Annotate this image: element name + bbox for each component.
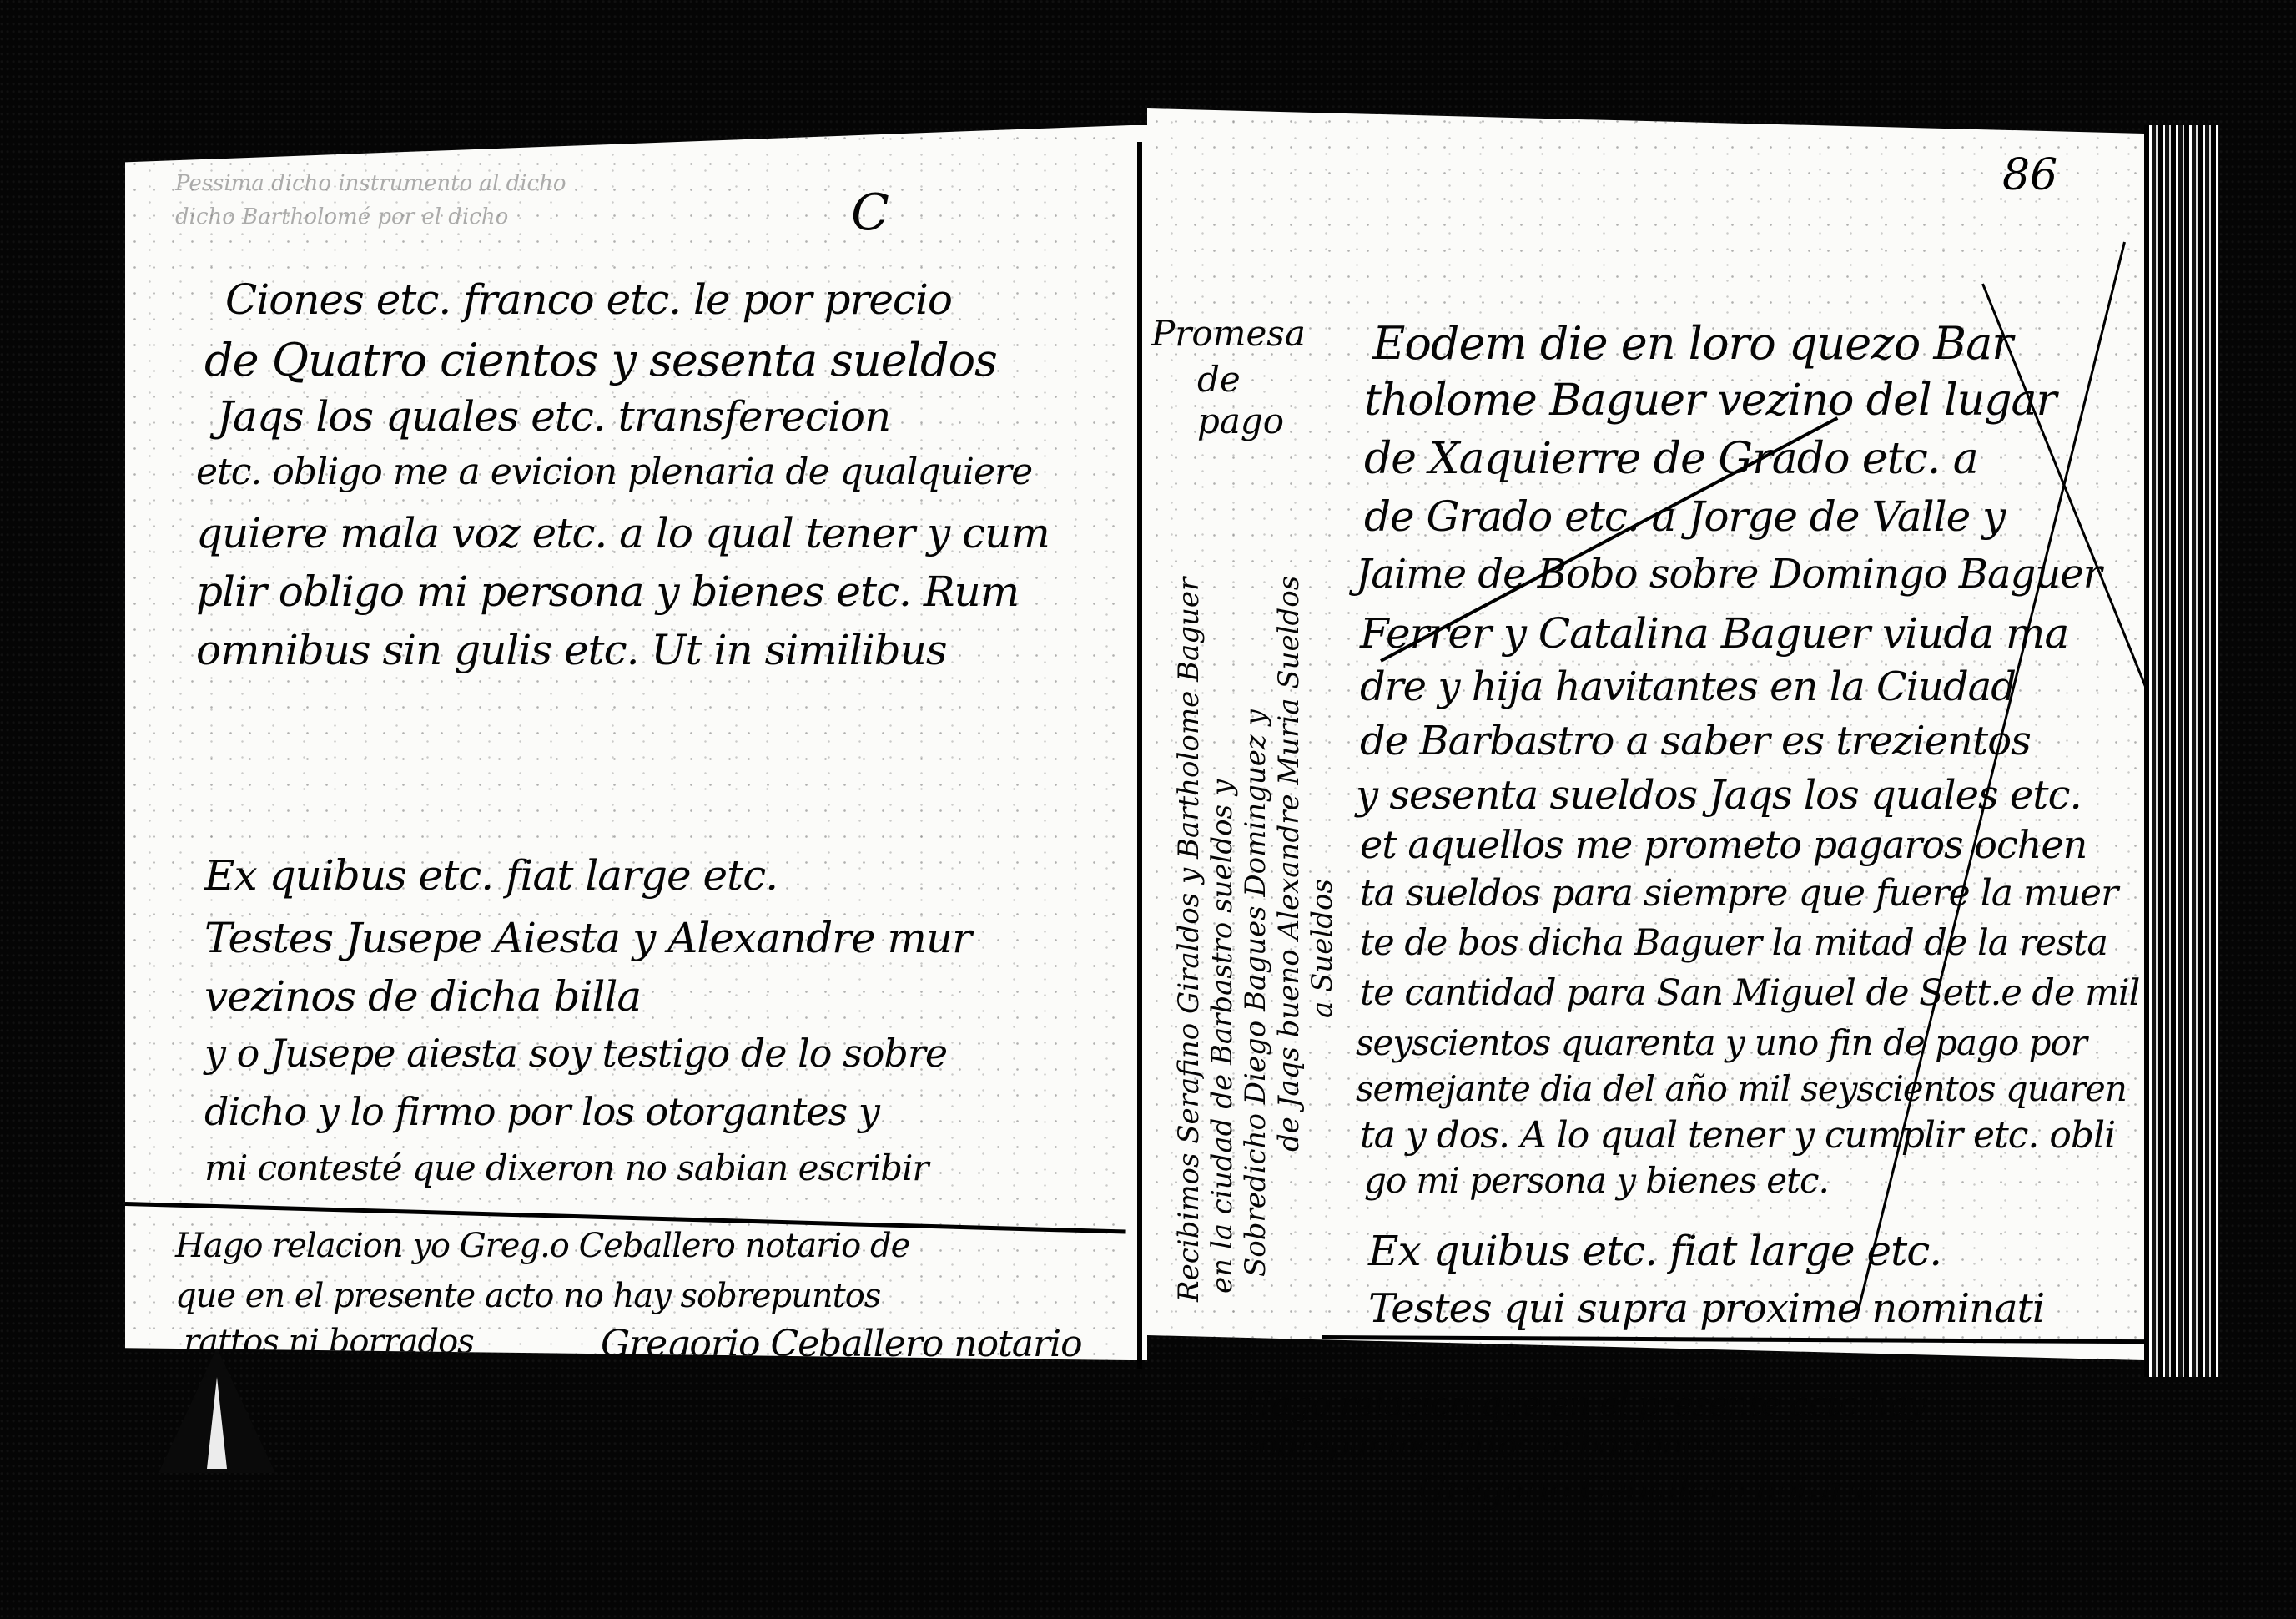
right-witness-line-1: Ex quibus etc. fiat large etc. xyxy=(1368,1227,1941,1275)
right-text-line-14: seyscientos quarenta y uno fin de pago p… xyxy=(1356,1022,2087,1063)
left-header-mark: C xyxy=(851,184,889,242)
right-text-line-3: de Xaquierre de Grado etc. a xyxy=(1364,434,1978,484)
left-witness-line-6: mi contesté que dixeron no sabian escrib… xyxy=(204,1147,928,1188)
right-separator-rule xyxy=(1322,1335,2144,1344)
left-text-line-3: Jaqs los quales etc. transferecion xyxy=(217,392,890,441)
left-notary-line-2: que en el presente acto no hay sobrepunt… xyxy=(175,1277,880,1315)
right-page: 86 Recibimos Serafino Giraldos y Barthol… xyxy=(1147,108,2144,1360)
right-text-line-11: ta sueldos para siempre que fuere la mue… xyxy=(1360,872,2117,915)
page-stack-edge xyxy=(2144,125,2219,1377)
left-text-line-5: quiere mala voz etc. a lo qual tener y c… xyxy=(196,509,1050,557)
left-header-faint-line-2: dicho Bartholomé por el dicho xyxy=(175,204,508,229)
vertical-margin-line-5: a Sueldos xyxy=(1306,879,1339,1018)
left-text-line-2: de Quatro cientos y sesenta sueldos xyxy=(204,334,997,386)
right-text-line-16: ta y dos. A lo qual tener y cumplir etc.… xyxy=(1360,1114,2115,1157)
right-notary-line-1: Hago relacion que en el presente acto ha… xyxy=(1243,1385,1926,1424)
left-witness-line-3: vezinos de dicha billa xyxy=(204,972,641,1021)
vertical-margin-line-3: Sobredicho Diego Bagues Dominguez y xyxy=(1239,709,1272,1277)
right-text-line-17: go mi persona y bienes etc. xyxy=(1364,1160,1829,1201)
left-witness-line-5: dicho y lo firmo por los otorgantes y xyxy=(204,1089,879,1134)
right-text-line-2: tholome Baguer vezino del lugar xyxy=(1364,376,2056,426)
vertical-margin-line-2: en la ciudad de Barbastro sueldos y xyxy=(1206,779,1239,1294)
right-witness-line-2: Testes qui supra proxime nominati xyxy=(1368,1285,2044,1332)
right-text-line-15: semejante dia del año mil seyscientos qu… xyxy=(1356,1068,2127,1109)
right-text-line-5: Jaime de Bobo sobre Domingo Baguer xyxy=(1356,551,2102,598)
left-witness-line-4: y o Jusepe aiesta soy testigo de lo sobr… xyxy=(204,1031,947,1076)
right-text-line-9: y sesenta sueldos Jaqs los quales etc. xyxy=(1356,772,2082,819)
right-text-line-1: Eodem die en loro quezo Bar xyxy=(1372,317,2012,370)
margin-note-line-1: Promesa xyxy=(1151,313,1306,354)
right-notary-line-2: sobrepuntos rattos ni borrados xyxy=(1243,1427,1717,1464)
right-text-line-12: te de bos dicha Baguer la mitad de la re… xyxy=(1360,922,2107,964)
right-notary-signature: Gregorio Ceballero notario xyxy=(1418,1469,1876,1510)
left-text-line-7: omnibus sin gulis etc. Ut in similibus xyxy=(196,626,947,674)
margin-note-line-3: pago xyxy=(1197,401,1284,441)
gutter-binding-line xyxy=(1137,142,1142,1369)
left-witness-line-2: Testes Jusepe Aiesta y Alexandre mur xyxy=(204,914,971,962)
left-page: Pessima dicho instrumento al dicho dicho… xyxy=(125,125,1130,1360)
right-text-line-7: dre y hija havitantes en la Ciudad xyxy=(1360,663,2016,710)
vertical-margin-line-4: de Jaqs bueno Alexandre Muria Sueldos xyxy=(1272,576,1306,1152)
margin-note-line-2: de xyxy=(1197,359,1241,400)
folio-number: 86 xyxy=(2002,150,2057,200)
left-text-line-1: Ciones etc. franco etc. le por precio xyxy=(225,275,952,324)
left-witness-line-1: Ex quibus etc. fiat large etc. xyxy=(204,851,778,900)
left-text-line-6: plir obligo mi persona y bienes etc. Rum xyxy=(196,567,1019,616)
left-notary-line-1: Hago relacion yo Greg.o Ceballero notari… xyxy=(175,1227,909,1265)
vertical-margin-line-1: Recibimos Serafino Giraldos y Bartholome… xyxy=(1172,577,1206,1302)
left-notary-signature: Gregorio Ceballero notario xyxy=(601,1323,1082,1360)
bookmark-ribbon-gap xyxy=(207,1377,227,1469)
open-book: Pessima dicho instrumento al dicho dicho… xyxy=(125,92,2219,1394)
right-text-line-8: de Barbastro a saber es trezientos xyxy=(1360,718,2031,764)
left-text-line-4: etc. obligo me a evicion plenaria de qua… xyxy=(196,451,1032,493)
right-text-line-13: te cantidad para San Miguel de Sett.e de… xyxy=(1360,972,2139,1014)
left-header-faint-line-1: Pessima dicho instrumento al dicho xyxy=(175,171,566,196)
